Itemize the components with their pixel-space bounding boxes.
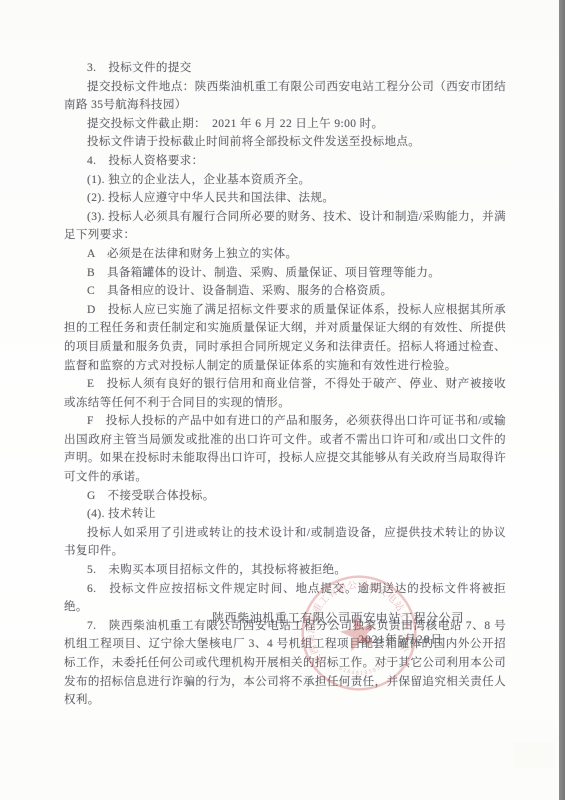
signature-block: 陕西柴油机重工有限公司西安电站工程分公司 2021年5月28日 (0, 609, 565, 647)
paragraph: C 具备相应的设计、设备制造、采购、服务的合格资质。 (64, 282, 506, 301)
paragraph: 投标人如采用了引进或转让的技术设计和/或制造设备，应提供技术转让的协议书复印件。 (64, 524, 506, 561)
paragraph: A 必须是在法律和财务上独立的实体。 (64, 245, 506, 264)
paragraph: 提交投标文件截止期： 2021 年 6 月 22 日上午 9:00 时。 (64, 115, 506, 134)
paragraph: 4. 投标人资格要求： (64, 152, 506, 171)
paragraph: B 具备箱罐体的设计、制造、采购、质量保证、项目管理等能力。 (64, 264, 506, 283)
paragraph: (3). 投标人必须具有履行合同所必要的财务、技术、设计和制造/采购能力，并满足… (64, 208, 506, 245)
document-page: 3. 投标文件的提交提交投标文件地点：陕西柴油机重工有限公司西安电站工程分公司（… (0, 0, 565, 800)
paragraph: 3. 投标文件的提交 (64, 59, 506, 78)
paragraph: (2). 投标人应遵守中华人民共和国法律、法规。 (64, 189, 506, 208)
signature-company: 陕西柴油机重工有限公司西安电站工程分公司 (0, 609, 565, 626)
paragraph: 提交投标文件地点：陕西柴油机重工有限公司西安电站工程分公司（西安市团结南路 35… (64, 78, 506, 115)
paragraph: G 不接受联合体投标。 (64, 487, 506, 506)
paragraph: F 投标人投标的产品中如有进口的产品和服务，必须获得出口许可证书和/或输出国政府… (64, 412, 506, 486)
scan-edge-strip (559, 0, 565, 800)
paragraph: (4). 技术转让 (64, 505, 506, 524)
paragraph: (1). 独立的企业法人，企业基本资质齐全。 (64, 171, 506, 190)
paragraph: 5. 未购买本项目招标文件的，其投标将被拒绝。 (64, 561, 506, 580)
scan-smudge (513, 742, 555, 768)
signature-date: 2021年5月28日 (0, 631, 565, 647)
paragraph: D 投标人应已实施了满足招标文件要求的质量保证体系，投标人应根据其所承担的工程任… (64, 301, 506, 375)
paragraph: E 投标人须有良好的银行信用和商业信誉，不得处于破产、停业、财产被接收或冻结等任… (64, 375, 506, 412)
paragraph: 投标文件请于投标截止时间前将全部投标文件发送至投标地点。 (64, 133, 506, 152)
